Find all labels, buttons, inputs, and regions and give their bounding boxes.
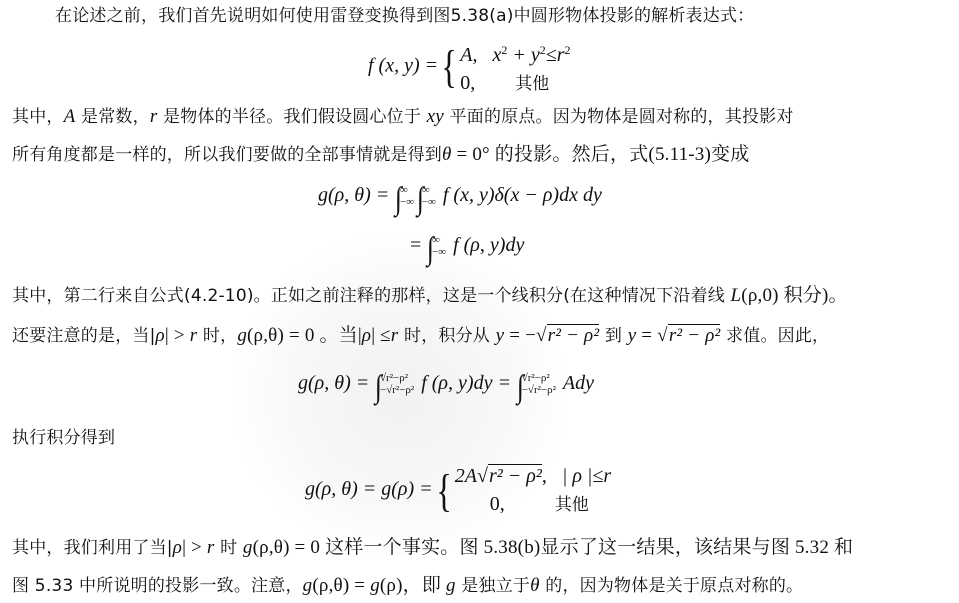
- text: 时: [215, 538, 243, 558]
- case-1: 2A√r² − ρ², | ρ |≤r: [455, 462, 611, 490]
- paragraph-intro: 在论述之前，我们首先说明如何使用雷登变换得到图5.38(a)中圆形物体投影的解析…: [55, 4, 754, 28]
- math-symbol: g(ρ, θ) = g(ρ) =: [305, 478, 433, 500]
- text: ∞: [400, 184, 414, 196]
- text: 在论述之前，我们首先说明如何使用雷登变换得到图5.38: [55, 6, 489, 26]
- text: 0,: [460, 72, 475, 94]
- cases: 2A√r² − ρ², | ρ |≤r 0, 其他: [455, 462, 611, 519]
- text: 是物体的半径。我们假设圆心位于: [157, 107, 426, 127]
- math-symbol: f (x, y)δ(x − ρ)dx dy: [443, 184, 602, 206]
- math-symbol: ≤r: [546, 44, 565, 66]
- math-symbol: 2A: [455, 465, 477, 487]
- math-symbol: f (ρ, y)dy: [453, 234, 524, 256]
- text: 其中，第二行来自公式(4.2-10)。正如之前注释的那样，这是一个线积分(在这种…: [12, 286, 731, 306]
- text: | >: [165, 325, 190, 346]
- text: 其中，: [12, 107, 64, 127]
- text: 平面的原点。因为物体是圆对称的，其投影对: [444, 107, 794, 127]
- math-symbol: A,: [460, 44, 477, 66]
- math-symbol: x: [492, 44, 501, 66]
- math-symbol: r² − ρ²: [488, 464, 542, 487]
- math-symbol: θ: [530, 575, 540, 596]
- text: r² − ρ²: [488, 462, 542, 490]
- text: 其中，我们利用了当|: [12, 538, 173, 558]
- text: ,: [542, 465, 547, 487]
- math-symbol: g(ρ, θ) =: [298, 372, 369, 394]
- cases: A, x2 + y2≤r2 0, 其他: [460, 36, 570, 98]
- equation-g-integral-line2: = ∫∞−∞ f (ρ, y)dy: [410, 230, 524, 267]
- integral-sign: ∫: [417, 180, 424, 217]
- paragraph-line: 还要注意的是，当|ρ| > r 时，g(ρ,θ) = 0 。当|ρ| ≤r 时，…: [12, 324, 829, 348]
- math-symbol: θ: [442, 144, 452, 165]
- paragraph-line: 执行积分得到: [12, 426, 115, 450]
- math-symbol: Ady: [563, 372, 594, 394]
- text: =: [410, 234, 421, 256]
- integral-sign: ∫: [395, 180, 402, 217]
- text: ∞−∞: [400, 184, 414, 208]
- integral-sign: ∫: [375, 368, 382, 405]
- text: 还要注意的是，当|: [12, 326, 156, 346]
- equation-lhs: f (x, y) =: [368, 55, 438, 77]
- text: 是独立于: [456, 576, 530, 596]
- math-symbol: g: [370, 575, 380, 596]
- paragraph-line: 所有角度都是一样的，所以我们要做的全部事情就是得到θ = 0° 的投影。然后，式…: [12, 143, 749, 167]
- text: ∞: [432, 234, 446, 246]
- text: 图 5.33 中所说明的投影一致。注意，: [12, 576, 303, 596]
- paragraph-line: 其中，A 是常数，r 是物体的半径。我们假设圆心位于 xy 平面的原点。因为物体…: [12, 105, 794, 129]
- text: √: [536, 325, 547, 346]
- text: (ρ,0) 积分)。: [741, 285, 847, 306]
- math-symbol: ρ: [173, 537, 182, 558]
- text: (ρ,θ) = 0 这样一个事实。图 5.38(b)显示了这一结果，该结果与图 …: [253, 537, 854, 558]
- text: −√r²−ρ²: [522, 384, 556, 396]
- text: 其他: [515, 74, 549, 94]
- text: √r²−ρ²−√r²−ρ²: [380, 372, 414, 396]
- equation-g-result: g(ρ, θ) = g(ρ) ={ 2A√r² − ρ², | ρ |≤r 0,…: [305, 462, 611, 519]
- text: | >: [182, 537, 207, 558]
- text: (ρ)，即: [380, 575, 446, 596]
- text: −∞: [432, 246, 446, 258]
- equation-f-definition: f (x, y) ={ A, x2 + y2≤r2 0, 其他: [368, 36, 570, 98]
- integral-sign: ∫: [517, 368, 524, 405]
- paragraph-line: 图 5.33 中所说明的投影一致。注意，g(ρ,θ) = g(ρ)，即 g 是独…: [12, 574, 803, 598]
- math-symbol: g: [446, 575, 456, 596]
- math-symbol: g: [243, 537, 253, 558]
- text: | ≤: [371, 325, 391, 346]
- text: (ρ,θ) =: [312, 575, 370, 596]
- case-1: A, x2 + y2≤r2: [460, 36, 570, 69]
- text: 其他: [555, 495, 589, 515]
- paragraph-line: 其中，第二行来自公式(4.2-10)。正如之前注释的那样，这是一个线积分(在这种…: [12, 284, 848, 308]
- math-symbol: + y: [507, 44, 539, 66]
- math-symbol: r: [207, 537, 215, 558]
- brace: {: [441, 47, 456, 87]
- math-symbol: L: [731, 285, 742, 306]
- text: ∞−∞: [432, 234, 446, 258]
- integral-sign: ∫: [427, 230, 434, 267]
- text: =: [636, 325, 657, 346]
- math-symbol: r² − ρ²: [547, 324, 600, 346]
- equation-g-bounded-integral: g(ρ, θ) = ∫√r²−ρ²−√r²−ρ² f (ρ, y)dy = ∫√…: [298, 368, 594, 405]
- text: r² − ρ²: [547, 324, 600, 348]
- text: 求值。因此，: [720, 326, 829, 346]
- text: 时，积分从: [398, 326, 495, 346]
- text: 0,: [490, 493, 505, 515]
- text: √r²−ρ²: [380, 372, 414, 384]
- math-symbol: A: [64, 106, 76, 127]
- text: −∞: [400, 196, 414, 208]
- text: −√r²−ρ²: [380, 384, 414, 396]
- math-symbol: ρ: [156, 325, 165, 346]
- text: 的，因为物体是关于原点对称的。: [540, 576, 804, 596]
- math-symbol: y: [496, 325, 505, 346]
- case-2: 0, 其他: [455, 490, 611, 519]
- text: 到: [599, 326, 627, 346]
- math-symbol: g: [303, 575, 313, 596]
- math-symbol: ρ: [362, 325, 371, 346]
- text: 时，: [197, 326, 237, 346]
- text: √: [657, 325, 668, 346]
- math-symbol: r² − ρ²: [668, 324, 721, 346]
- text: 是常数，: [75, 107, 149, 127]
- figure-ref: (a): [489, 6, 513, 26]
- math-symbol: g(ρ, θ) =: [318, 184, 389, 206]
- math-symbol: xy: [427, 106, 444, 127]
- text: 执行积分得到: [12, 428, 115, 448]
- case-2: 0, 其他: [460, 69, 570, 98]
- text: r² − ρ²: [668, 324, 721, 348]
- text: 中圆形物体投影的解析表达式：: [514, 6, 755, 26]
- brace: {: [436, 471, 451, 511]
- paragraph-line: 其中，我们利用了当|ρ| > r 时 g(ρ,θ) = 0 这样一个事实。图 5…: [12, 536, 853, 560]
- math-symbol: | ρ |≤r: [562, 465, 611, 487]
- math-symbol: g: [237, 325, 247, 346]
- text: = −: [504, 325, 536, 346]
- text: (ρ,θ) = 0 。当|: [247, 325, 362, 346]
- equation-g-integral-line1: g(ρ, θ) = ∫∞−∞∫∞−∞ f (x, y)δ(x − ρ)dx dy: [318, 180, 602, 217]
- math-symbol: f (ρ, y)dy =: [421, 372, 511, 394]
- text: √r²−ρ²−√r²−ρ²: [522, 372, 556, 396]
- text: 所有角度都是一样的，所以我们要做的全部事情就是得到: [12, 145, 442, 165]
- text: = 0° 的投影。然后，式(5.11-3)变成: [452, 144, 750, 165]
- text: √r²−ρ²: [522, 372, 556, 384]
